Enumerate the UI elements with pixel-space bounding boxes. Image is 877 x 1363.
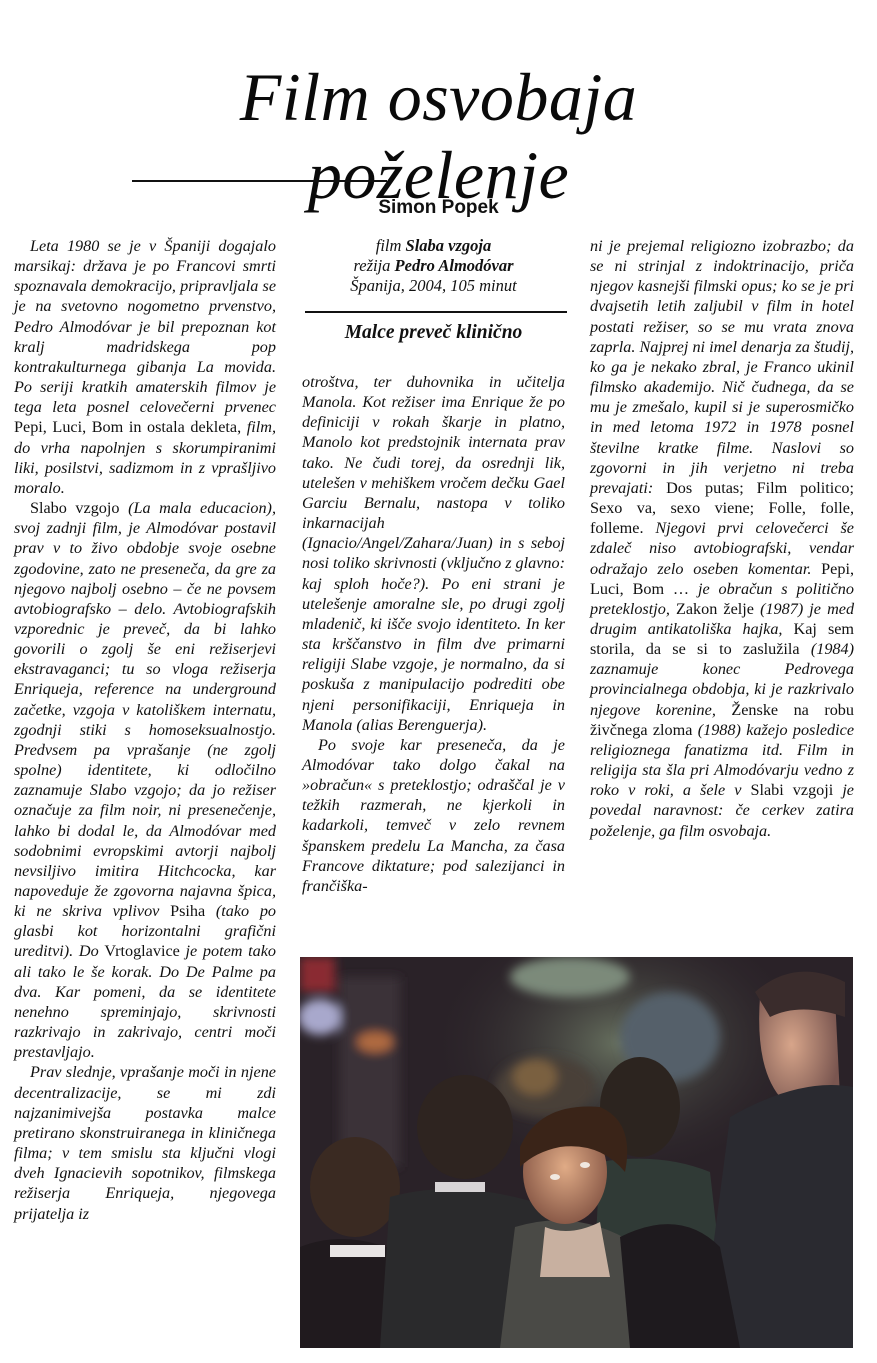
infobox-film: film Slaba vzgoja <box>302 236 565 256</box>
headline-divider <box>132 180 387 182</box>
film-infobox: film Slaba vzgoja režija Pedro Almodóvar… <box>302 236 565 296</box>
film-title: Psiha <box>170 902 205 920</box>
film-title: Slabi vzgoji <box>750 781 833 799</box>
photo-illustration <box>300 957 853 1348</box>
director-name: Pedro Almodóvar <box>395 256 514 275</box>
infobox-divider <box>305 311 567 313</box>
byline: Simon Popek <box>0 197 877 219</box>
paragraph: Prav slednje, vprašanje moči in njene de… <box>14 1062 276 1223</box>
film-title: Vrtoglavice <box>104 942 179 960</box>
paragraph: otroštva, ter duhovnika in učitelja Mano… <box>302 372 565 735</box>
infobox-director: režija Pedro Almodóvar <box>302 256 565 276</box>
film-title: Slaba vzgoja <box>406 236 492 255</box>
paragraph: Leta 1980 se je v Španiji dogajalo marsi… <box>14 236 276 498</box>
article-column-3: ni je prejemal religiozno izobrazbo; da … <box>590 236 854 841</box>
article-column-1: Leta 1980 se je v Španiji dogajalo marsi… <box>14 236 276 1224</box>
film-title: Pepi, Luci, Bom in ostala dekleta, <box>14 418 241 436</box>
headline: Film osvobaja poželenje <box>0 58 877 214</box>
subheading: Malce preveč klinično <box>302 320 565 346</box>
film-title: Zakon želje <box>676 600 754 618</box>
paragraph: ni je prejemal religiozno izobrazbo; da … <box>590 236 854 841</box>
paragraph: Po svoje kar preseneča, da je Almodóvar … <box>302 735 565 896</box>
infobox-details: Španija, 2004, 105 minut <box>302 276 565 296</box>
article-column-2: otroštva, ter duhovnika in učitelja Mano… <box>302 372 565 896</box>
film-still-photo <box>300 957 853 1348</box>
paragraph: Slabo vzgojo (La mala educacion), svoj z… <box>14 498 276 1062</box>
headline-line-1: Film osvobaja <box>240 59 637 135</box>
film-title: Slabo vzgojo <box>30 499 120 517</box>
